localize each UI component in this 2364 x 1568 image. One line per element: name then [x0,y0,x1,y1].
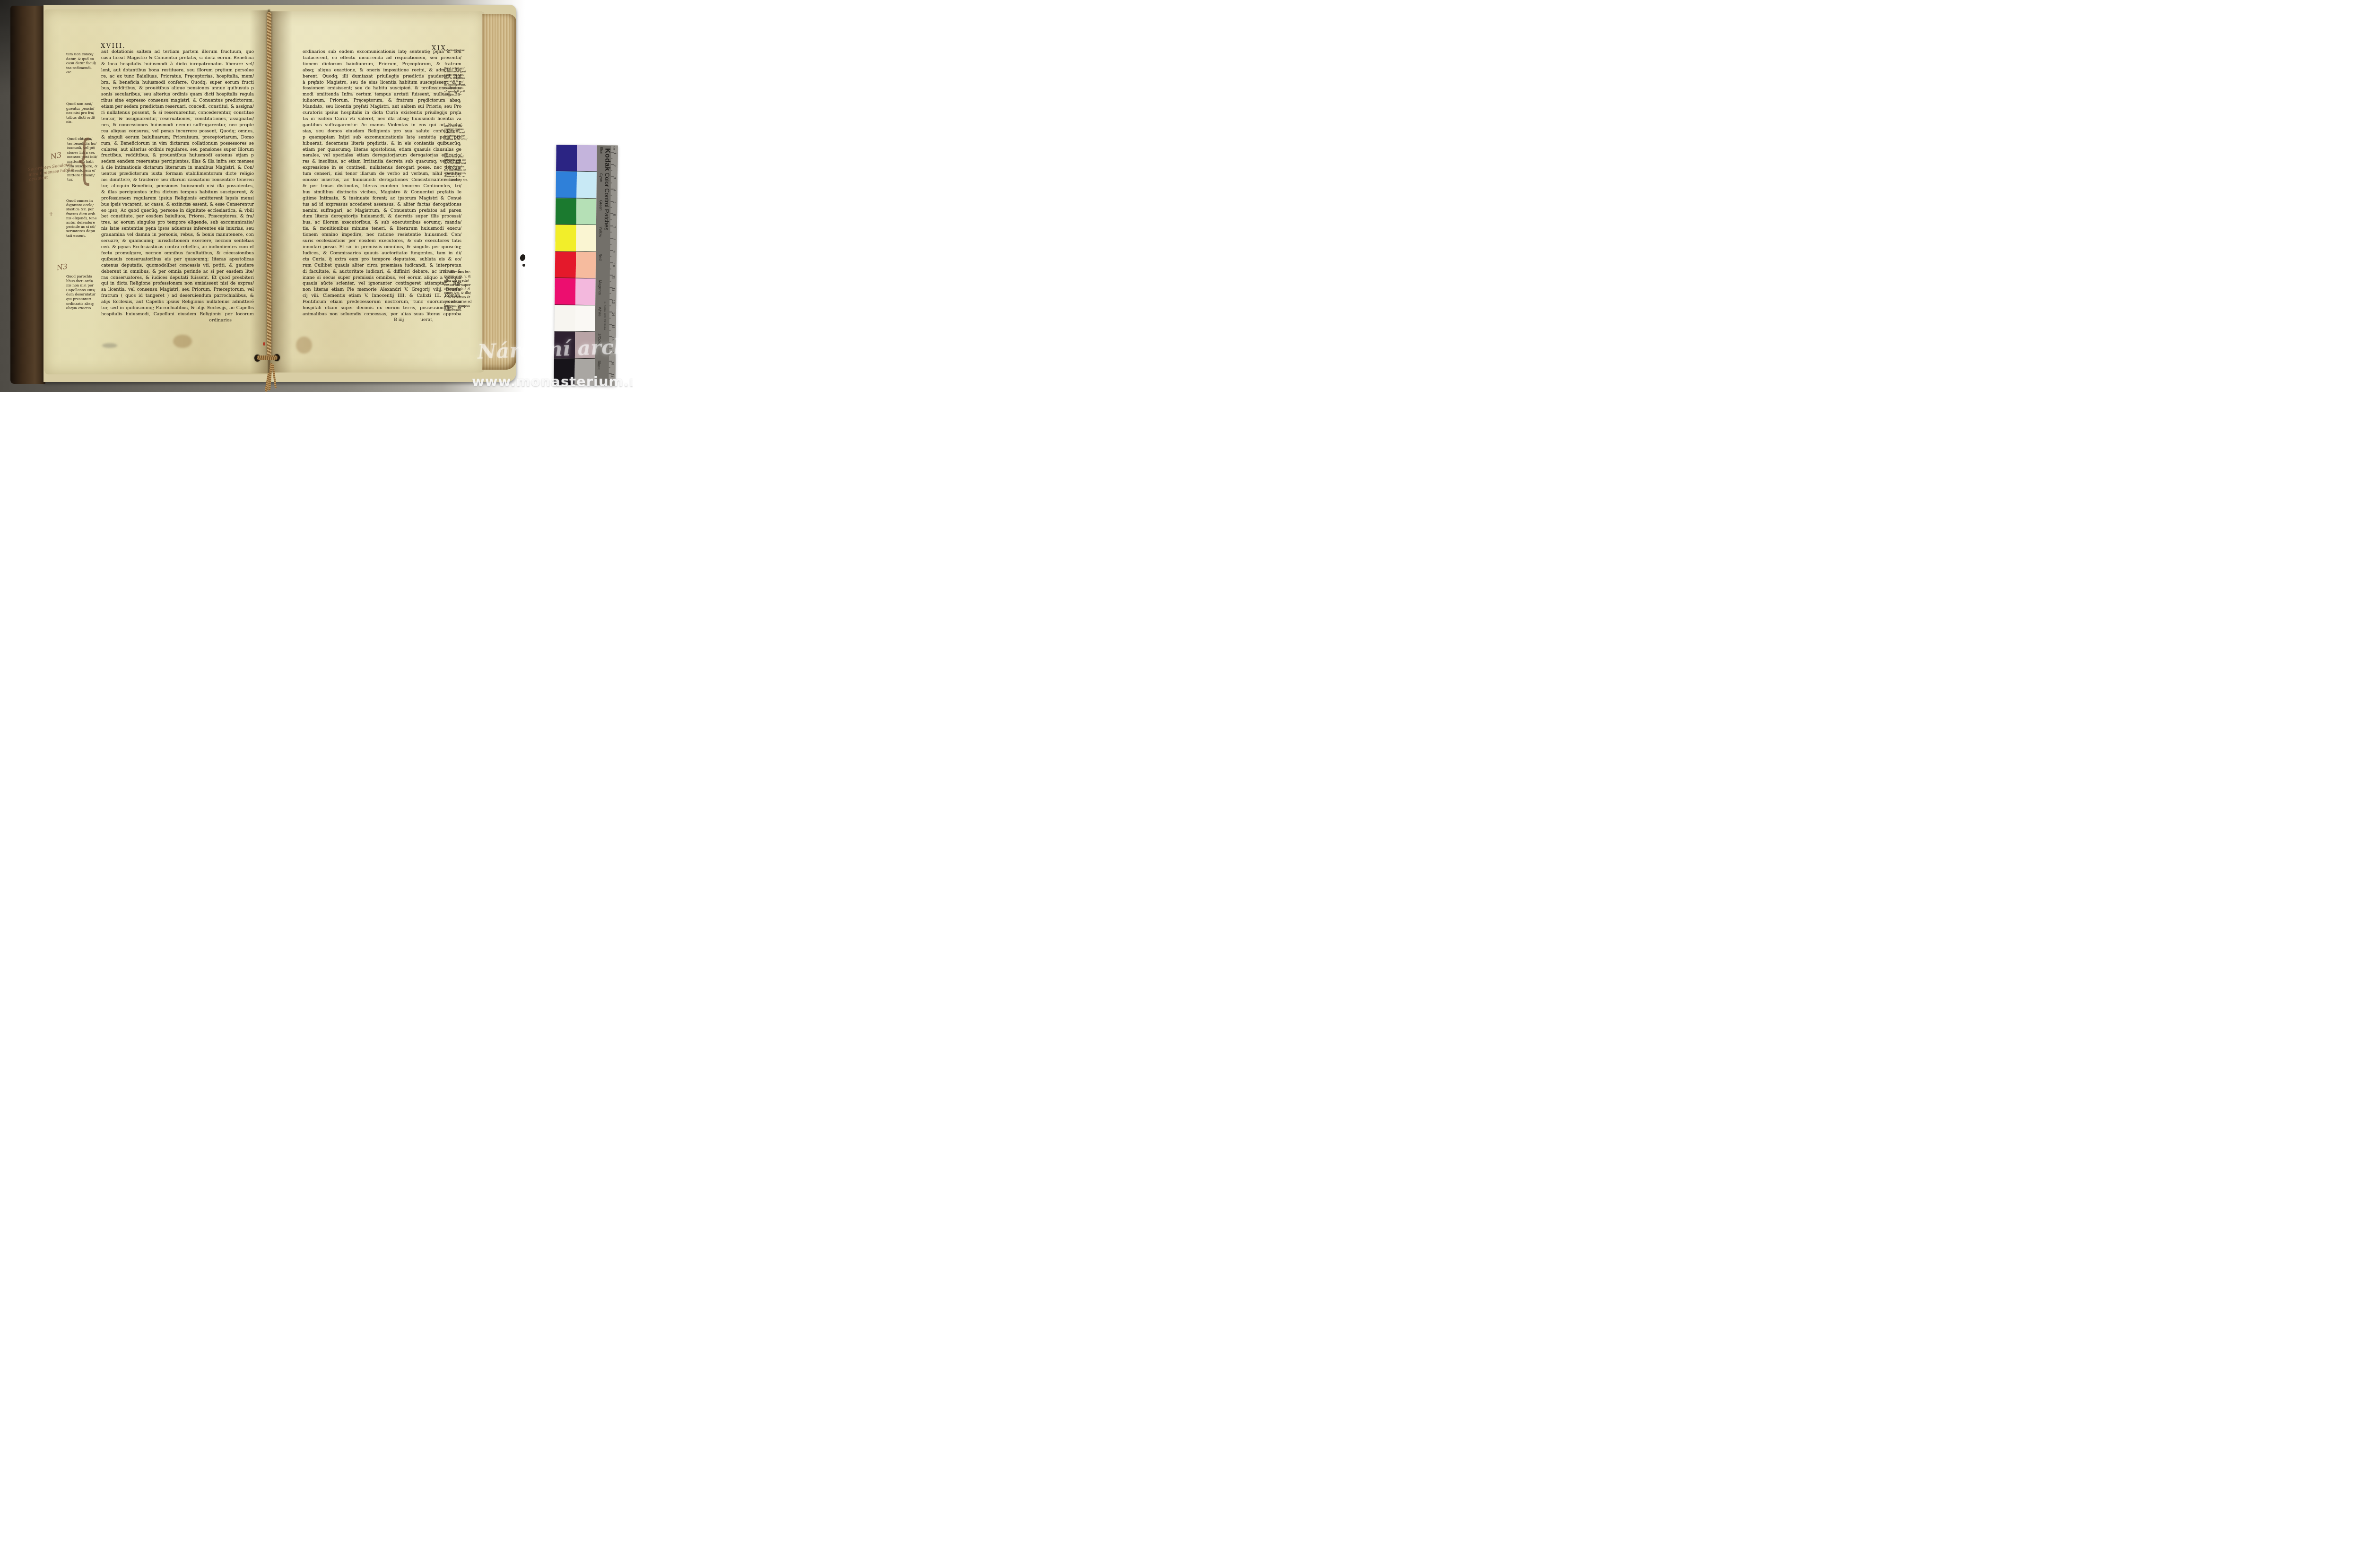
margin-note-line: Quod non ini/ [444,125,484,128]
margin-note-line: Confirmatio lite [444,270,484,275]
gutter-shadow-right [269,11,292,373]
right-text-line: res & insolitas, ac etiam Irritantia dec… [303,159,461,165]
margin-note-line: aliqua exactio- [66,306,103,311]
left-page-number: XVIII. [101,43,126,50]
margin-note-line: Vagabūdi vero [444,87,484,90]
margin-note-line: fratres dicti ordi [66,212,103,216]
ruler-number: 7 [612,226,616,228]
right-text-line: p quemppiam Inijci sub excomunicationis … [303,135,461,141]
patch-label: Magenta [596,278,602,305]
left-text-line: ceñ. & pęnas Ecclesiasticas contra rebel… [101,244,254,251]
ruler-number: 12 [611,288,615,292]
kodak-logo-text: Kodak [603,148,612,171]
ruler-number: 9 [612,251,615,253]
ruler-mid-tick [611,183,612,183]
color-patch-magenta [555,278,576,305]
margin-note-line: ordinariis absq; [66,302,103,306]
right-text-line: bus similibus distinctis vicibus, Magist… [303,190,461,196]
right-margin-note-1: ne admittantur. [444,49,484,52]
left-text-line: etiam per sedem prædictam reseruari, con… [101,104,254,110]
margin-note-line: quo ad terras ad [444,300,484,304]
margin-note-line: tribus dicti ordi/ [66,115,103,120]
ruler-mid-tick [609,367,610,368]
right-text-line: fessionem emisissent; seu de habitu susc… [303,86,461,92]
ruler-mid-tick [610,220,612,220]
pale-patch-green [576,199,597,225]
right-text-line: tis in eadem Curia vti valeret, nec illa… [303,116,461,122]
binding-cord [267,12,271,356]
fore-edge-page-stack [482,14,516,370]
pale-patch-magenta [575,278,596,305]
margin-note-line: ciantur manus [444,128,484,131]
margin-note-line: tem uon conce/ [66,52,103,57]
margin-note-line: tum à Magistro [444,77,484,80]
left-text-line: uentus prædictorum iuxta formam stabilim… [101,171,254,177]
margin-note-line: Quod non pos/ [444,156,484,159]
right-text-line: hospitali etiam super decimis ex eorum t… [303,305,461,312]
left-text-line: nis dimittere, & trāsferre seu illarum c… [101,177,254,183]
margin-note-line: siastica &c. per [66,207,103,211]
right-text-line: Iudices, & Commissarios quauis auctorita… [303,251,461,257]
website-watermark: www.monasterium.net [472,373,633,390]
right-text-line: & per trinas distinctas, literas eundem … [303,183,461,190]
margin-note-line: rarum alex. v. & [444,275,484,279]
left-text-line: nes, & concessiones huiusmodi nemini suf… [101,122,254,129]
color-patch-yellow [555,225,576,252]
left-text-line: deberent in omnibus, & per omnia perinde… [101,269,254,275]
right-text-line: tionem dictorum baiuliuorum, Priorum, Pr… [303,61,461,68]
right-text-line: nerales, vel speciales etiam derogatorja… [303,153,461,159]
left-text-line: re, ac ex tunc Baiuliuas, Prioratus, Prę… [101,74,254,80]
left-margin-note-2: Quod non assi/gnentur pensio/nes nisi pr… [66,102,103,124]
right-text-line: absq; aliqua exactione, & oneris imposit… [303,68,461,74]
margin-note-line: nes nisi pro fra/ [66,111,103,115]
ruler-mid-tick [610,208,612,208]
right-margin-note-5: Confirmatio literarum alex. v. &aliorum … [444,270,484,312]
right-text-line: tus ad id expressus accederet assensus, … [303,202,461,208]
margin-note-line: nis. [444,141,484,145]
ruler-mid-tick [610,244,611,245]
left-text-line: & loca hospitalis huiusmodi à dicto iure… [101,61,254,68]
left-text-line: qui in dicta Religione professionem non … [101,281,254,287]
margin-note-line: nis eligendi, tene [66,216,103,220]
right-text-line: nemini suffragari, ac Magistrum, & Conue… [303,208,461,214]
right-margin-note-2: Quod priuilegi/is duntaxat gau/deant qui… [444,67,484,97]
right-text-line: tum censeri, nisi tenor illarum de verbo… [303,171,461,177]
margin-note-line: cessorum super [444,283,484,287]
red-wax-dot [263,342,265,346]
left-text-line: lent, aut dotantibus bona restituere, se… [101,68,254,74]
patch-label: White [596,305,602,332]
kodak-title-text: Color Control Patches [603,173,610,230]
left-text-line: tur, sed in quibuscumq; Parrochialibus, … [101,305,254,312]
ruler-mid-tick [610,232,612,233]
right-text-line: berent. Quodq; illi dumtaxat priuilegijs… [303,74,461,80]
left-text-line: ras conseruatores, & iudices deputati fu… [101,275,254,281]
right-text-line: omisso insertus, ac huiusmodi derogation… [303,177,461,183]
margin-note-line: Quod parochia [66,274,103,279]
margin-note-line: dignitate eccle/ [66,203,103,207]
margin-note-line: traueneri, & re [444,175,484,179]
margin-note-line: qui presentari [66,297,103,302]
left-text-line: rum, & Beneficiorum in vim dictarum coll… [101,141,254,147]
margin-note-line: datur, & qud eo [66,57,103,61]
left-margin-note-1: tem uon conce/datur, & qud eocasu detur … [66,52,103,75]
ruler-mid-tick [611,158,612,159]
margin-note-line: nis non nisi per [66,283,103,288]
right-text-line: rum Cuilibet quauis aliter circa præmiss… [303,263,461,269]
ruler-number: 18 [611,362,614,365]
left-text-line: & illas percipientes infra dictum tempus… [101,190,254,196]
ruler-mid-tick [611,195,612,196]
left-text-line: grauamina vel damna in personis, rebus, … [101,232,254,238]
margin-note-line: violente in con/ [444,131,484,135]
ruler-mid-tick [610,257,611,257]
color-patch-blue [556,145,577,172]
ruler-number: 11 [612,276,615,279]
left-text-line: tentur, & assignarentur, reseruationes, … [101,116,254,122]
margin-note-line: uilegiis. [444,94,484,97]
margin-note-line: Capellanos eius/ [66,288,103,293]
ruler-number: 3 [613,177,616,179]
margin-note-line: nis. [66,120,103,124]
left-text-line: hospitalis huiusmodi, Capellani eiusdem … [101,312,254,318]
margin-note-line: tati essent. [66,234,103,238]
right-text-line: bus, ac illorum executoribus, & sub exec… [303,220,461,226]
left-text-line: à die intimationis dictarum literarum in… [101,165,254,171]
right-text-line: curatoris ipsius hospitalis in dicta Cur… [303,110,461,116]
right-text-line: sias, seu domos eiusdem Religionis pro s… [303,129,461,135]
color-patch-red [555,251,576,278]
sewing-stitch [257,355,278,360]
margin-note-line: aliorum prede/ [444,279,484,283]
margin-note-line: rum extensio ét [444,295,484,300]
pale-patch-cyan [576,172,597,199]
ruler-mid-tick [610,269,611,269]
margin-note-line: deant qui habi/ [444,74,484,77]
color-patch-cyan [556,172,577,199]
ruler-mid-tick [609,330,611,331]
left-text-line: & singuli eorum baiuliuarum; Prioratuum,… [101,135,254,141]
left-text-line: aut dotationis saltem ad tertiam partem … [101,49,254,55]
margin-note-line: nō gaudeāt pri/ [444,90,484,94]
ruler-number: 13 [611,300,615,304]
margin-note-line: dem deseruiatur [66,292,103,297]
left-text-line: nis latæ sententiæ pęna ipsos aduersus i… [101,226,254,232]
left-text-line: bet constitute, per eosdem baiuliuos, Pr… [101,214,254,220]
margin-note-line: modo, & forma [444,165,484,169]
pale-patch-blue [577,145,597,172]
left-text-line: sa licentia, vel consensu Magistri, seu … [101,287,254,293]
right-text-line: non literas etiam Pie memorie Alexandri … [303,287,461,293]
right-text-line: expressione in se contineñ. nullatenus d… [303,165,461,171]
left-text-line: seruare, & quamcumq; iurisdictionem exer… [101,238,254,244]
left-text-line: professionem regularem ipsius Religionis… [101,196,254,202]
right-text-line: Mandato, seu licentia pręfati Magistri, … [303,104,461,110]
right-catchword: uerat, [420,317,434,322]
ruler-mid-tick [610,281,611,282]
color-patch-white [555,305,576,332]
left-text-line: bus, redditibus, & prouétibus alique pen… [101,86,254,92]
ruler-number: 6 [612,214,616,216]
margin-note-line: antur defendere [66,220,103,225]
gray-smudge [102,343,117,348]
patch-label: Blue [597,145,604,172]
ruler-number: 15 [611,325,615,329]
right-text-line: di facultate, & auctoritate iudicari, & … [303,269,461,275]
left-text-line: eo ipso; Ac quod quecūq; persone in dign… [101,208,254,214]
left-text-line: alijs Ecclesiis, aut Capellis ipsius Rel… [101,299,254,305]
left-margin-note-4: Quod omnes indignitate eccle/siastica &c… [66,199,103,238]
right-text-line: inane si secus super premissis omnibus, … [303,275,461,281]
pale-patch-white [575,305,596,332]
right-text-line: suris ecclesiasticis per eosdem executor… [303,238,461,244]
right-text-line: à pręfato Magistro, seu de eius licentia… [303,80,461,86]
ruler-number: 8 [612,239,616,241]
margin-note-line: gnentur pensio/ [66,106,103,111]
ruler-mid-tick [609,318,611,319]
margin-note-line: clesias dicti ordi/ [444,138,484,141]
left-text-line: fectu promulgare, necnon omnibus faculta… [101,251,254,257]
margin-note-line: seruatores depu [66,229,103,233]
left-text-line: culares, aut alterius ordinis regulares,… [101,147,254,153]
right-text-line: cij viii. Clementis etiam V. Innocentij … [303,293,461,299]
right-text-line: ordinarios sub eadem excomunicationis la… [303,49,461,55]
left-text-line: ribus sine expresso consensu magistri, &… [101,98,254,104]
patch-label: Cyan [597,172,603,199]
margin-note-line: sit derrogari lite [444,159,484,162]
book-cover-edge [10,6,45,384]
left-text-line: ri nullatenus possent, & si reseruarentu… [101,110,254,116]
right-text-line: animalibus non soluendis concessas, per … [303,312,461,318]
kodak-copyright: © Kodak, 2007 TM: Kodak [603,301,607,330]
page-stain [296,337,312,354]
margin-note-line: libus dicti ordi/ [66,279,103,284]
right-text-line: etiam per quascumq; literas apostolicas,… [303,147,461,153]
margin-note-line: longum tempus [444,304,484,308]
left-text-line: tur, alioquin Beneficia, pensiones huius… [101,183,254,190]
margin-note-line: &c. [66,70,103,75]
handwritten-nota-mark-bottom: N3 [56,262,68,272]
patch-label: Yellow [596,225,603,252]
right-text-line: iuliuorum, Priorum, Pręceptorum, & fratr… [303,98,461,104]
right-text-line: Pontificum etiam predecessorum nostrorum… [303,299,461,305]
right-text-line: dum literis derogatorijs huiusmodi, & de… [303,214,461,220]
patch-label: Green [597,199,603,225]
ruler-number: 2 [613,165,616,167]
right-text-line: modi emittenda Infra certum tempus arcta… [303,92,461,98]
ruler-number: 10 [612,263,615,267]
margin-note-line: perinde ac si cō/ [66,225,103,229]
ruler-mid-tick [609,294,611,294]
margin-note-line: Quod omnes in [66,199,103,203]
right-text-line: cta Curia, q̃ extra eam pro tempore depu… [303,257,461,263]
left-text-line: sonis secularibus, seu alterius ordinis … [101,92,254,98]
margin-note-line: ris Clemétis nisi [444,162,484,165]
left-text-line: catenus deputatis, quomodolibet concessi… [101,263,254,269]
left-text-line: casu liceat Magistro & Conuentui prefati… [101,55,254,61]
left-text-line: tres, ac eorum singulos pro tempore elig… [101,220,254,226]
margin-note-line: tia susceperunt. [444,84,484,87]
ruler-number: 14 [611,312,615,316]
pale-patch-red [576,252,596,279]
ruler-unit-label: cm [613,147,616,150]
right-text-line: gantibus suffragarentur. Ac manus Violen… [303,122,461,129]
ruler-number: 5 [612,202,616,204]
page-stain [173,335,192,348]
ink-blot-small [522,264,525,267]
right-margin-note-3: Quod non ini/ciantur manusviolente in co… [444,125,484,145]
handwritten-brace: { [76,133,93,185]
margin-note-line: cimis &c. & illa/ [444,291,484,295]
left-text-line: rea aliquas censuras, vel penas incurrer… [101,129,254,135]
left-text-line: bus ipsis vacarent, ac casse, & extinctæ… [101,202,254,208]
margin-note-line: sisti possit vt hic. [444,179,484,182]
margin-note-line: seu eius licen/ [444,80,484,84]
margin-note-line: aliter factis con/ [444,172,484,175]
left-text-line: fratrum ( quos id tangeret ) ad deseruie… [101,293,254,299]
color-patch-green [556,198,577,225]
quire-signature: B iiij [394,317,404,322]
margin-note-line: fugentes ad ec/ [444,135,484,138]
left-text-line: fructibus, redditibus, & prouentibus hui… [101,153,254,159]
pale-patch-yellow [576,225,596,252]
margin-note-line: Quod non assi/ [66,102,103,106]
ruler-mid-tick [611,171,612,171]
right-text-line: trafacerent, eo effectu incurrenda ad re… [303,55,461,61]
right-text-line: tionem omnino impedire, nec ratione resi… [303,232,461,238]
ruler-number: 4 [613,190,616,191]
right-text-line: innodari posse. Et sic in premissis omni… [303,244,461,251]
ruler-number: 1 [613,153,616,155]
right-page-text-block: ordinarios sub eadem excomunicationis la… [303,49,461,318]
right-margin-note-4: Quod non pos/sit derrogari literis Clemé… [444,156,484,182]
ruler-mid-tick [609,306,611,306]
margin-note-line: concessas. [444,308,484,312]
right-text-line: tis, & monitionibus minime teneri, & lit… [303,226,461,232]
margin-note-line: casu detur facul/ [66,61,103,66]
left-text-line: bra, & beneficia huiusmodi conferre. Quo… [101,80,254,86]
left-page-text-block: aut dotationis saltem ad tertiam partem … [101,49,254,318]
left-text-line: quibusuis conseruatoribus eis per quascu… [101,257,254,263]
left-margin-note-5: Quod parochialibus dicti ordi/nis non ni… [66,274,103,311]
right-text-line: hibuerat, decernens literis prędictis, &… [303,141,461,147]
left-catchword: ordinarios [101,318,232,323]
patch-label: Red [596,252,603,279]
handwritten-cross-mark: + [49,211,53,217]
right-text-line: quauis aūcte scienter, vel ignoranter co… [303,281,461,287]
margin-note-line: Quod priuilegi/ [444,67,484,70]
digitized-manuscript-photo: XVIII. XIX. aut dotationis saltem ad ter… [0,0,633,392]
margin-note-line: is duntaxat gau/ [444,70,484,74]
left-text-line: sedem eandem reseruatas percipientes, il… [101,159,254,165]
right-text-line: gitime Intimate, & insinuate forent; ac … [303,196,461,202]
margin-note-line: ne admittantur. [444,49,484,52]
margin-note-line: hic expressis, & [444,169,484,172]
margin-note-line: tas redimendi, [66,66,103,70]
